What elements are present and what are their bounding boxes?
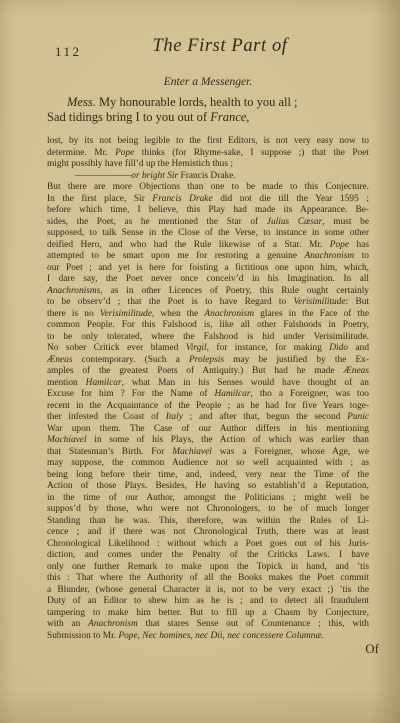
text-line: being long before their time, and, indee…: [47, 470, 369, 482]
text-line: Æneas contemporary. (Such a Prolepsis ma…: [47, 355, 369, 367]
text-line: No sober Critick ever blamed Virgil, for…: [47, 343, 369, 355]
text-segment: common People. For this Falshood is, lik…: [47, 320, 369, 330]
text-segment: In the first place, Sir: [47, 194, 152, 204]
text-line: amples of the greatest Poets of Antiquit…: [47, 366, 369, 378]
text-segment: Julius Cæsar: [267, 217, 323, 227]
text-segment: amples of the greatest Poets of Antiquit…: [47, 366, 343, 376]
text-segment: a Blunder, (whose general Character it i…: [47, 585, 369, 595]
text-segment: Anachronisms: [47, 286, 100, 296]
verse-lines: Mess. My honourable lords, health to you…: [47, 95, 369, 125]
text-segment: , when the: [152, 309, 205, 319]
text-segment: Prolepsis: [189, 355, 224, 365]
text-segment: Submission to Mr.: [47, 631, 118, 641]
text-segment: that Statesman’s Birth. For: [47, 447, 172, 457]
text-line: Duty of an Editor to shew him as he is ;…: [47, 596, 369, 608]
text-segment: diction, and comes under the Penalty of …: [47, 550, 369, 560]
stage-direction: Enter a Messenger.: [47, 76, 369, 88]
text-segment: Æneas: [47, 355, 73, 365]
text-line: lost, by its not being legible to the fi…: [47, 136, 369, 148]
text-line: Chronological Likelihood : without which…: [47, 539, 369, 551]
text-segment: supposed, to talk Sense in the Close of …: [47, 228, 369, 238]
text-segment: deified Hero, and who had the Rule likew…: [47, 240, 330, 250]
text-segment: being long before their time, and, indee…: [47, 470, 369, 480]
text-segment: Pope: [330, 240, 349, 250]
text-segment: thinks (for Rhyme-sake, I suppose ;) tha…: [134, 148, 369, 158]
text-segment: Dido: [329, 343, 348, 353]
text-segment: France,: [210, 110, 249, 124]
text-segment: Pope: [118, 631, 137, 641]
text-line: suppos’d by those, who were not Chronolo…: [47, 504, 369, 516]
text-line: But there are more Objections than one t…: [47, 182, 369, 194]
text-segment: Machiavel: [172, 447, 212, 457]
text-segment: Machiavel: [47, 435, 87, 445]
catchword: Of: [365, 641, 379, 657]
text-line: tampering to make him better. But to fil…: [47, 608, 369, 620]
text-line: attempted to be smart upon me for restor…: [47, 251, 369, 263]
text-line: a Blunder, (whose general Character it i…: [47, 585, 369, 597]
text-segment: our Poet ; and yet is here for foisting …: [47, 263, 369, 273]
text-segment: Verisimilitude: [294, 297, 346, 307]
text-segment: Æneas: [343, 366, 369, 376]
text-line: I dare say, the Poet never once conceiv’…: [47, 274, 369, 286]
text-segment: might possibly have fill’d up the Hemist…: [47, 159, 233, 169]
text-segment: or bright Sir: [131, 171, 180, 181]
text-segment: may suppose, the common Audience not so …: [47, 458, 369, 468]
text-segment: to: [354, 251, 369, 261]
text-segment: did not die till the Year 1595 ;: [213, 194, 369, 204]
text-line: Mess. My honourable lords, health to you…: [47, 95, 369, 110]
text-line: Anachronisms, as in other Licences of Po…: [47, 286, 369, 298]
text-segment: My honourable lords, health to you all ;: [96, 95, 298, 109]
text-line: mention Hamilcar, what Man in his Senses…: [47, 378, 369, 390]
text-line: before which time, I believe, this Play …: [47, 205, 369, 217]
text-segment: Francis Drake.: [180, 171, 235, 181]
text-segment: Anachronism: [88, 619, 138, 629]
text-line: this : That where the Authority of all t…: [47, 573, 369, 585]
text-segment: that stares Sense out of Countenance ; t…: [138, 619, 369, 629]
text-segment: in the time of our Author, amongst the P…: [47, 493, 369, 503]
text-segment: cence ; and if there was not Chronologic…: [47, 527, 369, 537]
text-line: with an Anachronism that stares Sense ou…: [47, 619, 369, 631]
text-segment: Chronological Likelihood : without which…: [47, 539, 369, 549]
text-segment: : But: [346, 297, 369, 307]
text-line: War upon them. The Case of our Author di…: [47, 424, 369, 436]
text-line: in the time of our Author, amongst the P…: [47, 493, 369, 505]
text-segment: Verisimilitude: [100, 309, 152, 319]
text-segment: attempted to be smart upon me for restor…: [47, 251, 305, 261]
text-segment: Virgil: [186, 343, 207, 353]
text-line: Sad tidings bring I to you out of France…: [47, 110, 369, 125]
text-line: that Statesman’s Birth. For Machiavel wa…: [47, 447, 369, 459]
text-segment: tampering to make him better. But to fil…: [47, 608, 369, 618]
text-line: determine. Mr. Pope thinks (for Rhyme-sa…: [47, 148, 369, 160]
text-line: deified Hero, and who had the Rule likew…: [47, 240, 369, 252]
text-segment: and: [348, 343, 369, 353]
text-line: to be only tolerated, where the Falshood…: [47, 332, 369, 344]
text-segment: recent in the Acquaintance of the People…: [47, 401, 369, 411]
text-line: Action of those Plays. Besides, He havin…: [47, 481, 369, 493]
text-segment: Excuse for him ? For the Name of: [47, 389, 215, 399]
text-segment: to be only tolerated, where the Falshood…: [47, 332, 369, 342]
text-segment: to be observ’d ; that the Poet is to hav…: [47, 297, 294, 307]
text-segment: there is no: [47, 309, 100, 319]
text-segment: was a Foreigner, whose Age, we: [212, 447, 369, 457]
text-line: only one further Remark to make upon the…: [47, 562, 369, 574]
text-segment: this : That where the Authority of all t…: [47, 573, 369, 583]
text-segment: suppos’d by those, who were not Chronolo…: [47, 504, 369, 514]
text-segment: Mess.: [67, 95, 96, 109]
book-page: 112 The First Part of Enter a Messenger.…: [0, 0, 400, 723]
text-segment: But there are more Objections than one t…: [47, 182, 369, 192]
text-line: In the first place, Sir Francis Drake di…: [47, 194, 369, 206]
text-segment: Duty of an Editor to shew him as he is ;…: [47, 596, 369, 606]
commentary-note: lost, by its not being legible to the fi…: [47, 136, 369, 642]
text-line: supposed, to talk Sense in the Close of …: [47, 228, 369, 240]
text-line: Submission to Mr. Pope, Nec homines, nec…: [47, 631, 369, 643]
text-segment: mention: [47, 378, 86, 388]
text-segment: War upon them. The Case of our Author di…: [47, 424, 369, 434]
text-segment: in some of his Plays, the Action of whic…: [87, 435, 369, 445]
text-segment: only one further Remark to make upon the…: [47, 562, 369, 572]
text-segment: Hamilcar: [215, 389, 251, 399]
text-line: sides, the Poet, as he mentioned the Sta…: [47, 217, 369, 229]
text-segment: determine. Mr.: [47, 148, 115, 158]
text-line: our Poet ; and yet is here for foisting …: [47, 263, 369, 275]
text-line: common People. For this Falshood is, lik…: [47, 320, 369, 332]
text-segment: Anachronism: [305, 251, 355, 261]
text-line: Standing than he was. This, therefore, w…: [47, 516, 369, 528]
text-segment: , for instance, for making: [207, 343, 330, 353]
text-segment: glares in the Face of the: [254, 309, 369, 319]
text-segment: , tho a Foreigner, was too: [250, 389, 369, 399]
text-line: cence ; and if there was not Chronologic…: [47, 527, 369, 539]
text-segment: Anachronism: [204, 309, 254, 319]
text-segment: Francis Drake: [152, 194, 212, 204]
text-line: recent in the Acquaintance of the People…: [47, 401, 369, 413]
running-title: The First Part of: [59, 36, 381, 57]
text-segment: ——————: [75, 171, 131, 181]
text-segment: Italy: [166, 412, 183, 422]
text-segment: Standing than he was. This, therefore, w…: [47, 516, 369, 526]
text-segment: I dare say, the Poet never once conceiv’…: [47, 274, 369, 284]
text-segment: Punic: [347, 412, 369, 422]
text-line: might possibly have fill’d up the Hemist…: [47, 159, 369, 171]
text-segment: , what Man in his Senses would have thou…: [122, 378, 369, 388]
text-segment: Nec homines, nec Dii, nec concessere Col…: [142, 631, 324, 641]
text-line: ——————or bright Sir Francis Drake.: [47, 171, 369, 183]
text-segment: No sober Critick ever blamed: [47, 343, 186, 353]
text-segment: Sad tidings bring I to you out of: [47, 110, 210, 124]
text-segment: has: [349, 240, 369, 250]
text-segment: Pope: [115, 148, 134, 158]
text-segment: before which time, I believe, this Play …: [47, 205, 369, 215]
text-line: ther infested the Coast of Italy ; and a…: [47, 412, 369, 424]
text-line: Machiavel in some of his Plays, the Acti…: [47, 435, 369, 447]
text-segment: with an: [47, 619, 88, 629]
text-segment: Action of those Plays. Besides, He havin…: [47, 481, 369, 491]
text-segment: Hamilcar: [86, 378, 122, 388]
text-line: may suppose, the common Audience not so …: [47, 458, 369, 470]
text-segment: ther infested the Coast of: [47, 412, 166, 422]
text-segment: ; and after that, begun the second: [183, 412, 347, 422]
text-line: Excuse for him ? For the Name of Hamilca…: [47, 389, 369, 401]
text-line: there is no Verisimilitude, when the Ana…: [47, 309, 369, 321]
text-segment: contemporary. (Such a: [73, 355, 189, 365]
text-segment: lost, by its not being legible to the fi…: [47, 136, 369, 146]
text-line: to be observ’d ; that the Poet is to hav…: [47, 297, 369, 309]
text-segment: may be justified by the Ex-: [224, 355, 369, 365]
text-segment: , as in other Licences of Poetry, this R…: [100, 286, 369, 296]
text-segment: sides, the Poet, as he mentioned the Sta…: [47, 217, 267, 227]
text-segment: , must be: [322, 217, 369, 227]
text-line: diction, and comes under the Penalty of …: [47, 550, 369, 562]
